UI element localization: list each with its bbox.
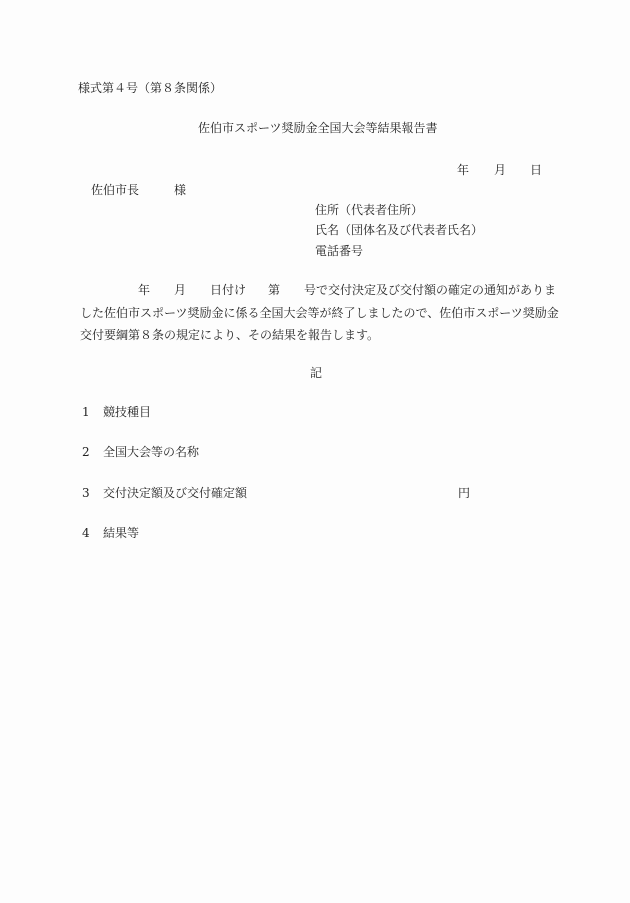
date-day: 日	[530, 163, 542, 177]
item-3-unit: 円	[458, 486, 470, 500]
body-year: 年	[138, 283, 150, 297]
document-title: 佐伯市スポーツ奨励金全国大会等結果報告書	[198, 121, 438, 135]
body-no: 第	[268, 283, 280, 297]
item-1-label: 競技種目	[103, 405, 151, 419]
applicant-phone-label: 電話番号	[315, 244, 363, 258]
body-month: 月	[174, 283, 186, 297]
date-year: 年	[457, 163, 469, 177]
item-2-number: 2	[82, 445, 90, 459]
item-4-label: 結果等	[103, 526, 139, 540]
item-3-number: 3	[82, 486, 90, 500]
date-month: 月	[494, 163, 506, 177]
addressee-name: 佐伯市長	[91, 183, 139, 197]
form-number: 様式第４号（第８条関係）	[78, 81, 222, 95]
addressee-honorific: 様	[174, 183, 186, 197]
applicant-name-label: 氏名（団体名及び代表者氏名）	[315, 223, 483, 237]
ki-heading: 記	[310, 366, 322, 380]
item-1-number: 1	[82, 405, 90, 419]
body-line3: 交付要綱第８条の規定により、その結果を報告します。	[80, 328, 379, 342]
item-4-number: 4	[82, 526, 90, 540]
body-day: 日付け	[210, 283, 246, 297]
applicant-address-label: 住所（代表者住所）	[315, 203, 423, 217]
item-3-label: 交付決定額及び交付確定額	[103, 486, 247, 500]
item-2-label: 全国大会等の名称	[103, 445, 199, 459]
body-line2: した佐伯市スポーツ奨励金に係る全国大会等が終了しましたので、佐伯市スポーツ奨励金	[80, 306, 559, 320]
body-line1-rest: 号で交付決定及び交付額の確定の通知がありま	[304, 283, 556, 297]
